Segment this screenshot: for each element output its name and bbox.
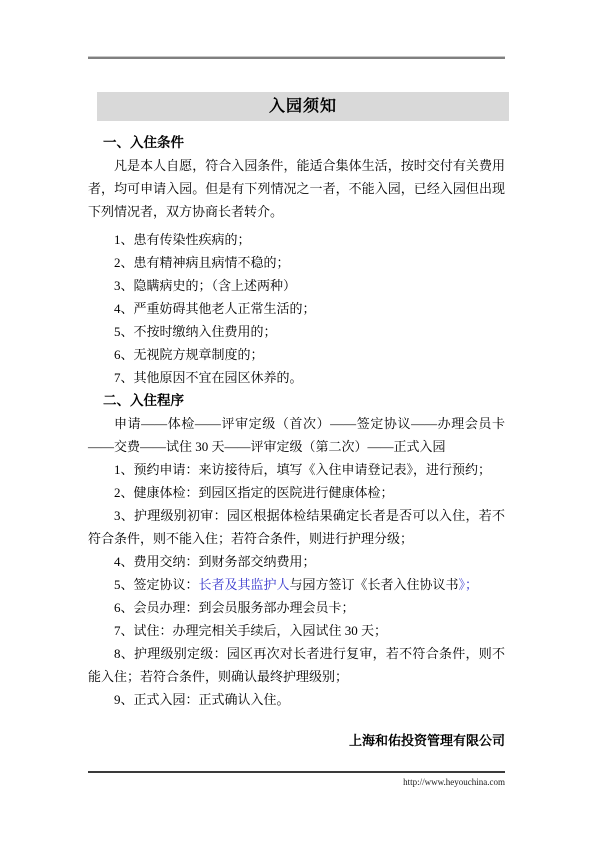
item5-highlight-end: 》； [459,577,479,592]
list-item: 1、预约申请：来访接待后，填写《入住申请登记表》，进行预约； [88,458,505,481]
list-item: 7、试住：办理完相关手续后，入园试住 30 天； [88,619,505,642]
list-item: 6、会员办理：到会员服务部办理会员卡； [88,596,505,619]
section2-flow: 申请——体检——评审定级（首次）——签定协议——办理会员卡——交费——试住 30… [88,412,505,458]
list-item: 8、护理级别定级：园区再次对长者进行复审，若不符合条件，则不能入住；若符合条件，… [88,642,505,688]
list-item: 2、健康体检：到园区指定的医院进行健康体检； [88,481,505,504]
list-item: 2、患有精神病且病情不稳的； [88,251,505,274]
list-item: 9、正式入园：正式确认入住。 [88,688,505,711]
list-item: 5、不按时缴纳入住费用的； [88,320,505,343]
section2-list: 1、预约申请：来访接待后，填写《入住申请登记表》，进行预约； 2、健康体检：到园… [88,458,505,711]
item5-prefix: 5、签定协议： [114,577,199,592]
footer-url: http://www.heyouchina.com [88,777,505,787]
section1-list: 1、患有传染性疾病的； 2、患有精神病且病情不稳的； 3、隐瞒病史的；（含上述两… [88,228,505,389]
document-page: 入园须知 一、入住条件 凡是本人自愿，符合入园条件，能适合集体生活，按时交付有关… [0,0,596,842]
item5-highlight-guardian: 长者及其监护人 [199,577,290,592]
footer-divider [88,771,505,773]
section2-heading: 二、入住程序 [88,389,505,412]
section1-heading: 一、入住条件 [88,131,505,154]
list-item: 3、隐瞒病史的；（含上述两种） [88,274,505,297]
company-signature: 上海和佑投资管理有限公司 [88,729,505,752]
list-item: 4、严重妨碍其他老人正常生活的； [88,297,505,320]
section1-intro: 凡是本人自愿，符合入园条件，能适合集体生活，按时交付有关费用者，均可申请入园。但… [88,154,505,223]
list-item: 6、无视院方规章制度的； [88,343,505,366]
document-body: 一、入住条件 凡是本人自愿，符合入园条件，能适合集体生活，按时交付有关费用者，均… [88,131,505,752]
item5-middle: 与园方签订《长者入住协议书 [290,577,459,592]
list-item: 3、护理级别初审：园区根据体检结果确定长者是否可以入住，若不符合条件，则不能入住… [88,504,505,550]
list-item: 1、患有传染性疾病的； [88,228,505,251]
page-title: 入园须知 [97,92,509,121]
list-item: 7、其他原因不宜在园区休养的。 [88,366,505,389]
header-divider [88,57,505,59]
list-item: 4、费用交纳：到财务部交纳费用； [88,550,505,573]
list-item-agreement: 5、签定协议：长者及其监护人与园方签订《长者入住协议书》； [88,573,505,596]
